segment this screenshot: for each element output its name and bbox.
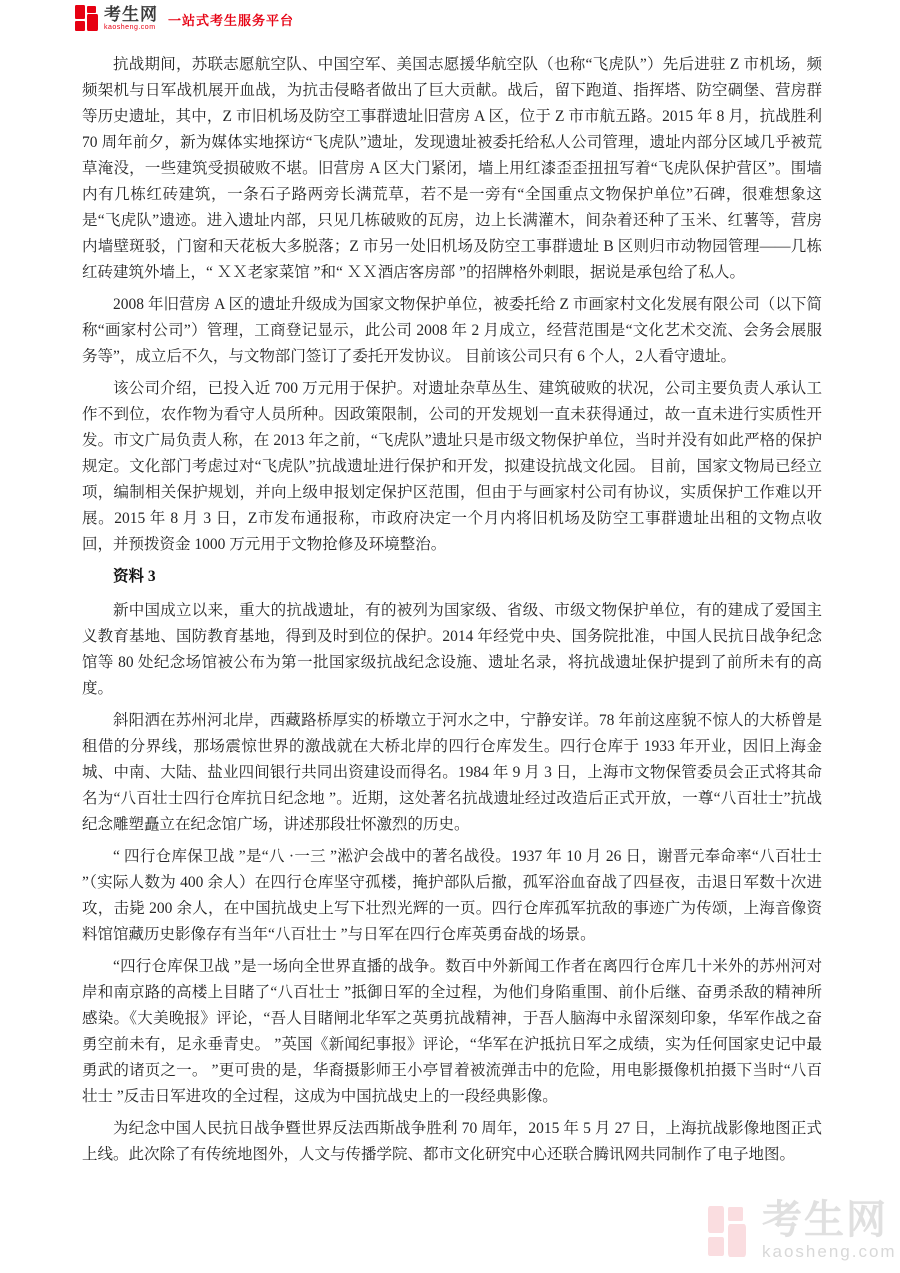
paragraph: 2008 年旧营房 A 区的遗址升级成为国家文物保护单位，被委托给 Z 市画家村… xyxy=(82,292,822,370)
watermark: 考生网 kaosheng.com xyxy=(708,1200,897,1260)
document-body: 抗战期间，苏联志愿航空队、中国空军、美国志愿援华航空队（也称“飞虎队”）先后进驻… xyxy=(82,52,822,1174)
paragraph: 新中国成立以来，重大的抗战遗址，有的被列为国家级、省级、市级文物保护单位，有的建… xyxy=(82,598,822,702)
paragraph: 抗战期间，苏联志愿航空队、中国空军、美国志愿援华航空队（也称“飞虎队”）先后进驻… xyxy=(82,52,822,286)
kaosheng-watermark-icon xyxy=(708,1206,748,1258)
paragraph: “ 四行仓库保卫战 ”是“八 ·一三 ”淞沪会战中的著名战役。1937 年 10… xyxy=(82,844,822,948)
kaosheng-logo-icon xyxy=(75,5,99,32)
brand-text-block: 考生网 kaosheng.com xyxy=(104,6,158,31)
paragraph: 斜阳洒在苏州河北岸，西藏路桥厚实的桥墩立于河水之中，宁静安详。78 年前这座貌不… xyxy=(82,708,822,838)
brand-name: 考生网 xyxy=(104,6,158,23)
paragraph: 该公司介绍，已投入近 700 万元用于保护。对遗址杂草丛生、建筑破败的状况，公司… xyxy=(82,376,822,558)
watermark-text-block: 考生网 kaosheng.com xyxy=(762,1200,897,1260)
kaosheng-logo[interactable]: 考生网 kaosheng.com xyxy=(75,5,158,32)
brand-domain: kaosheng.com xyxy=(104,24,158,31)
watermark-brand: 考生网 xyxy=(762,1200,897,1240)
section-heading: 资料 3 xyxy=(82,564,822,590)
paragraph: 为纪念中国人民抗日战争暨世界反法西斯战争胜利 70 周年，2015 年 5 月 … xyxy=(82,1116,822,1168)
site-header: 考生网 kaosheng.com 一站式考生服务平台 xyxy=(75,5,294,32)
paragraph: “四行仓库保卫战 ”是一场向全世界直播的战争。数百中外新闻工作者在离四行仓库几十… xyxy=(82,954,822,1110)
watermark-domain: kaosheng.com xyxy=(762,1243,897,1260)
brand-tagline: 一站式考生服务平台 xyxy=(168,10,294,32)
